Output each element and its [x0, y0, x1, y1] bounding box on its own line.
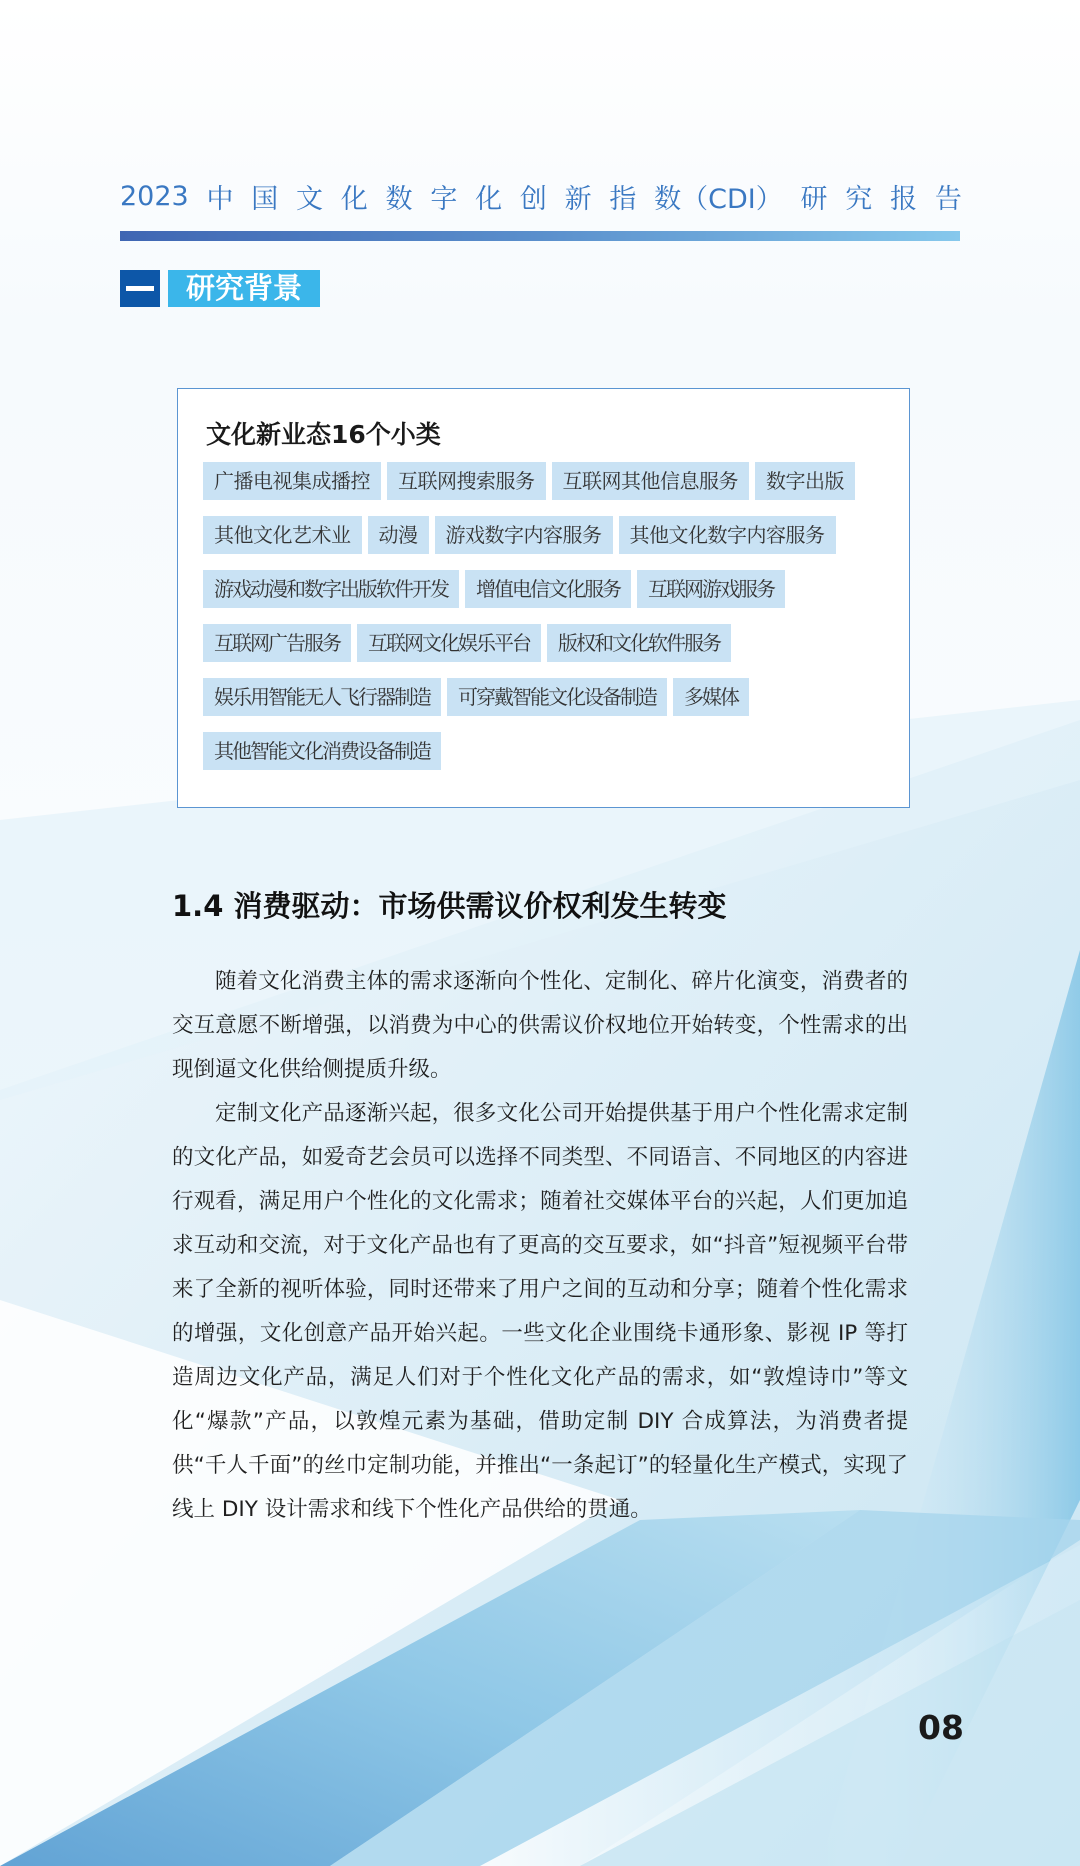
category-tag: 数字出版 — [755, 462, 855, 500]
category-tag: 互联网广告服务 — [203, 624, 351, 662]
chapter-number-one-glyph — [126, 286, 154, 291]
category-tag: 游戏动漫和数字出版软件开发 — [203, 570, 459, 608]
category-tag: 可穿戴智能文化设备制造 — [447, 678, 667, 716]
sidebox-title: 文化新业态16个小类 — [206, 415, 441, 451]
category-tag: 游戏数字内容服务 — [435, 516, 613, 554]
tag-row: 其他智能文化消费设备制造 — [203, 732, 893, 770]
category-tag: 其他文化艺术业 — [203, 516, 362, 554]
tag-row: 广播电视集成播控 互联网搜索服务 互联网其他信息服务 数字出版 — [203, 462, 893, 500]
tag-row: 游戏动漫和数字出版软件开发 增值电信文化服务 互联网游戏服务 — [203, 570, 893, 608]
chapter-title: 研究背景 — [168, 270, 320, 307]
tag-row: 娱乐用智能无人飞行器制造 可穿戴智能文化设备制造 多媒体 — [203, 678, 893, 716]
background-decoration — [0, 0, 1080, 1866]
tag-row: 互联网广告服务 互联网文化娱乐平台 版权和文化软件服务 — [203, 624, 893, 662]
category-tag-list: 广播电视集成播控 互联网搜索服务 互联网其他信息服务 数字出版 其他文化艺术业 … — [203, 462, 893, 786]
header-gradient-rule — [120, 231, 960, 241]
paragraph: 随着文化消费主体的需求逐渐向个性化、定制化、碎片化演变，消费者的交互意愿不断增强… — [172, 960, 908, 1092]
category-tag: 其他智能文化消费设备制造 — [203, 732, 441, 770]
running-header-title: 2023 中 国 文 化 数 字 化 创 新 指 数（CDI） 研 究 报 告 — [120, 178, 962, 214]
category-tag: 互联网文化娱乐平台 — [357, 624, 541, 662]
paragraph: 定制文化产品逐渐兴起，很多文化公司开始提供基于用户个性化需求定制的文化产品，如爱… — [172, 1092, 908, 1532]
section-heading: 1.4 消费驱动：市场供需议价权利发生转变 — [172, 884, 726, 925]
running-header-year: 2023 — [120, 181, 189, 212]
category-tag: 互联网游戏服务 — [637, 570, 785, 608]
category-tag: 多媒体 — [673, 678, 749, 716]
new-formats-sidebox: 文化新业态16个小类 广播电视集成播控 互联网搜索服务 互联网其他信息服务 数字… — [177, 388, 910, 808]
tag-row: 其他文化艺术业 动漫 游戏数字内容服务 其他文化数字内容服务 — [203, 516, 893, 554]
category-tag: 互联网其他信息服务 — [552, 462, 750, 500]
category-tag: 动漫 — [368, 516, 429, 554]
page-number: 08 — [918, 1708, 964, 1747]
category-tag: 版权和文化软件服务 — [547, 624, 731, 662]
category-tag: 增值电信文化服务 — [465, 570, 631, 608]
category-tag: 互联网搜索服务 — [387, 462, 546, 500]
category-tag: 广播电视集成播控 — [203, 462, 381, 500]
body-text: 随着文化消费主体的需求逐渐向个性化、定制化、碎片化演变，消费者的交互意愿不断增强… — [172, 960, 908, 1532]
chapter-number-badge — [120, 270, 160, 307]
category-tag: 其他文化数字内容服务 — [619, 516, 836, 554]
category-tag: 娱乐用智能无人飞行器制造 — [203, 678, 441, 716]
